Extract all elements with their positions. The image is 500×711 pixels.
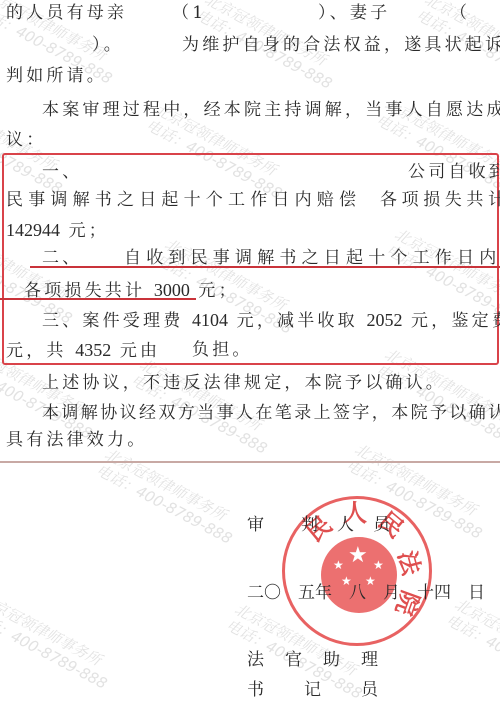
text-line: 议： xyxy=(6,125,46,155)
fee-value: 4104 xyxy=(192,310,228,330)
agreement-item-1-amount: 142944 元； xyxy=(6,215,109,246)
agreement-item-1-text: 公司自收到 xyxy=(408,157,500,187)
agreement-item-1-text: 民事调解书之日起十个工作日内赔偿 xyxy=(6,185,361,215)
clerk-label: 书 记 员 xyxy=(247,675,380,705)
judge-label: 审 判 人 员 xyxy=(247,510,391,540)
text-line: ）。 xyxy=(92,30,124,60)
text-line: 判如所请。 xyxy=(6,61,107,91)
amount-value: 3000 xyxy=(154,280,190,300)
fee-label: 元，鉴定费 xyxy=(411,311,500,331)
amount-unit: 元； xyxy=(198,281,238,301)
agreement-item-1-label: 一、 xyxy=(42,157,82,187)
fee-label: 元由 xyxy=(120,341,160,361)
agreement-item-3-text: 三、案件受理费 4104 元，减半收取 2052 元，鉴定费 2300 xyxy=(42,305,500,336)
amount-value: 142944 xyxy=(6,220,60,240)
agreement-item-2-text: 各项损失共计 3000 元； xyxy=(24,275,239,306)
fee-label: 元，减半收取 xyxy=(237,311,358,331)
agreement-item-2-text: 自收到民事调解书之日起十个工作日内赔偿 xyxy=(124,243,500,273)
watermark: 北京冠领律师事务所电话：400-8789-888 xyxy=(443,595,500,698)
judge-assistant-label: 法 官 助 理 xyxy=(247,645,380,675)
closing-text: 本调解协议经双方当事人在笔录上签字，本院予以确认后即 xyxy=(42,398,500,428)
fee-label: 元，共 xyxy=(6,341,67,361)
text-line: 本案审理过程中，经本院主持调解，当事人自愿达成如下协 xyxy=(42,95,500,125)
watermark: 北京冠领律师事务所电话：400-8789-888 xyxy=(0,590,119,693)
agreement-item-1-text: 各项损失共计 xyxy=(380,185,500,215)
text-line: 为维护自身的合法权益，遂具状起诉，望 xyxy=(182,30,500,60)
text-line: ）、妻子 xyxy=(318,0,390,28)
text-line: （1 xyxy=(172,0,206,28)
fee-label: 三、案件受理费 xyxy=(42,311,183,331)
underline xyxy=(0,298,196,300)
closing-text: 具有法律效力。 xyxy=(6,425,147,455)
date: 二〇 五年 八 月 十四 日 xyxy=(247,578,485,608)
fee-value: 2052 xyxy=(366,310,402,330)
text-line: 的人员有母亲 xyxy=(6,0,127,28)
agreement-item-3-text: 负担。 xyxy=(192,335,253,365)
agreement-item-3-text: 元，共 4352 元由 xyxy=(6,335,160,366)
closing-text: 上述协议，不违反法律规定，本院予以确认。 xyxy=(42,368,446,398)
agreement-item-2-label: 二、 xyxy=(42,243,82,273)
amount-unit: 元； xyxy=(69,221,109,241)
underline xyxy=(30,266,500,268)
fee-value: 4352 xyxy=(75,340,111,360)
page-divider xyxy=(0,461,500,463)
text-line: （ xyxy=(450,0,470,28)
